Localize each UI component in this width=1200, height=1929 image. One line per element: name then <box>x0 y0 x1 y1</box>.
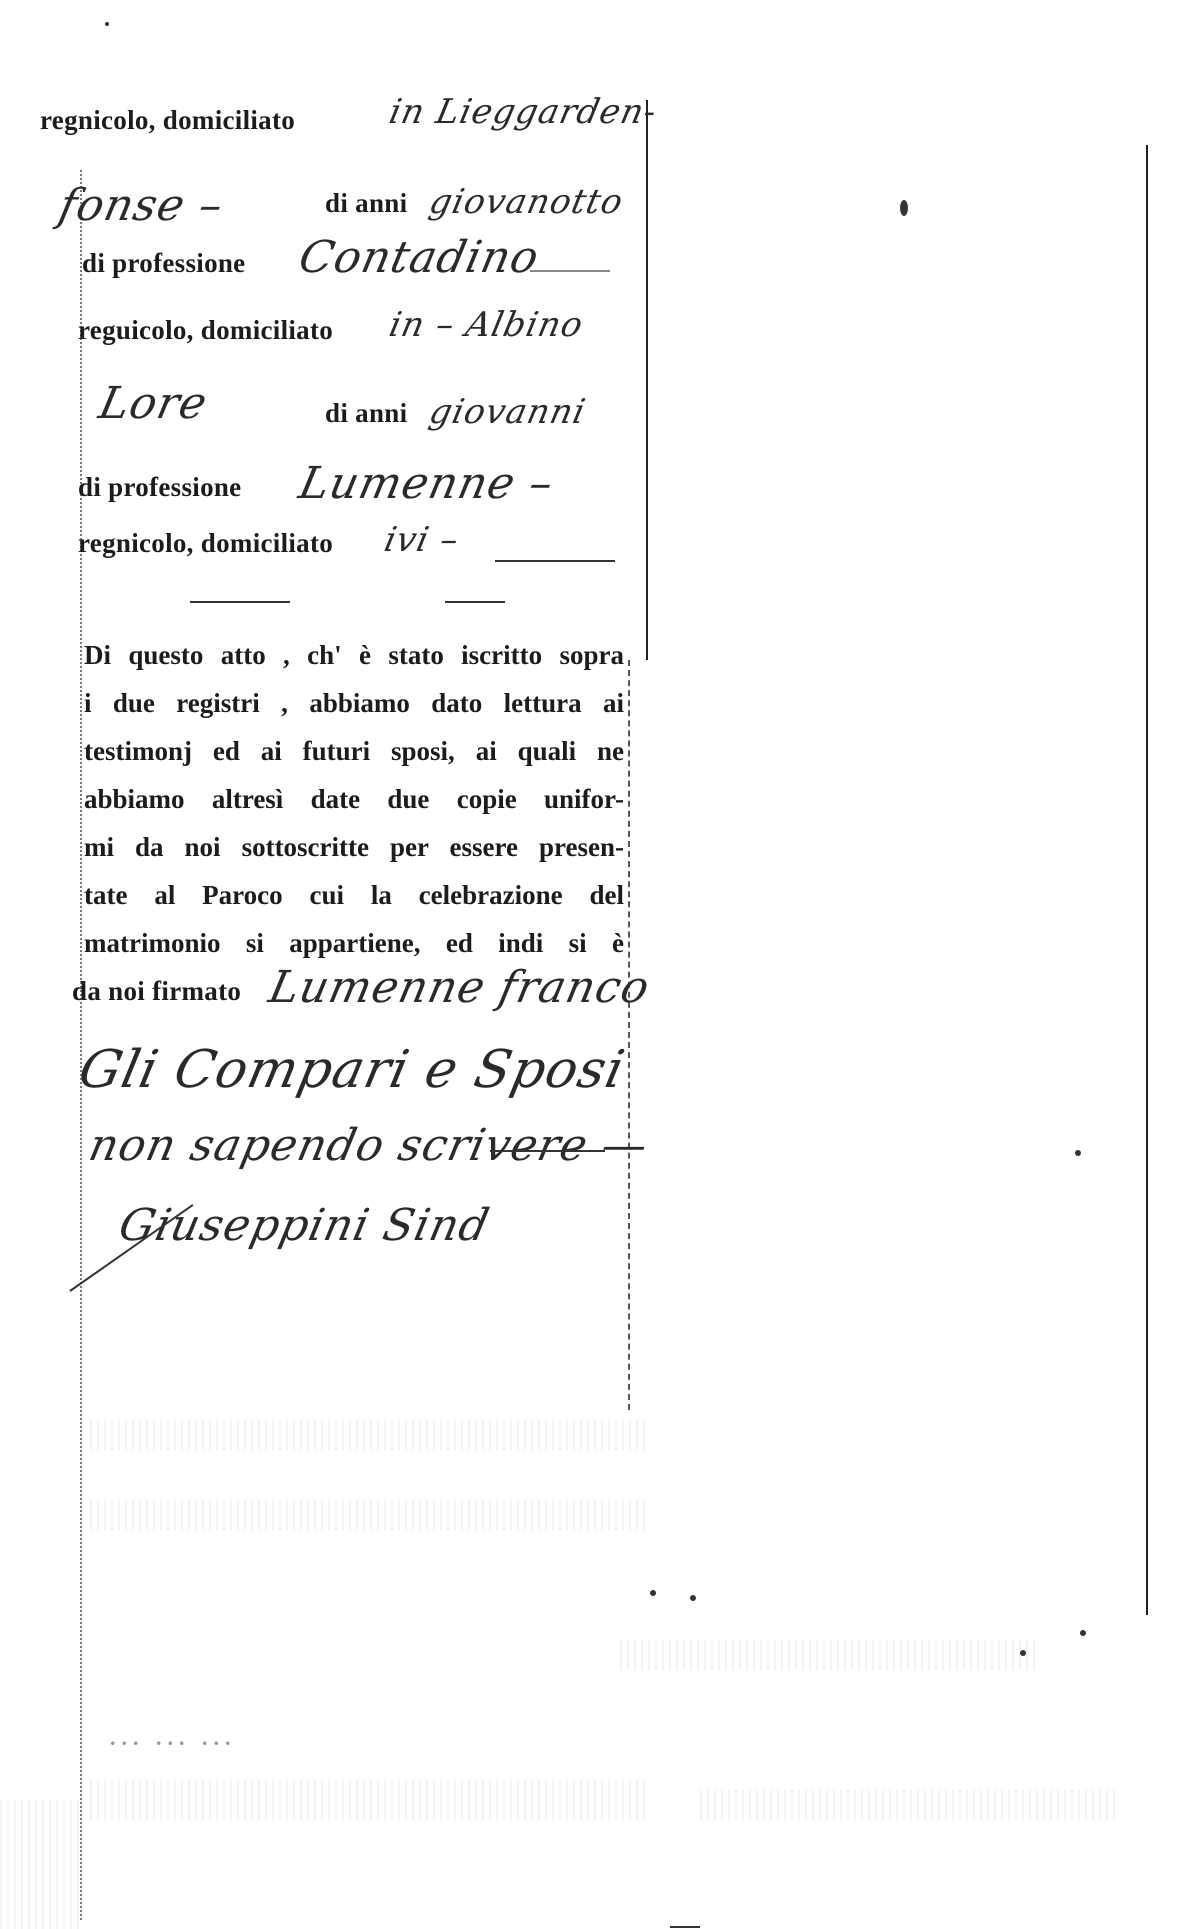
handwritten-profession-1: Contadino <box>295 232 544 283</box>
bottom-mark <box>670 1926 700 1928</box>
fill-line <box>530 270 610 272</box>
ink-speck <box>900 200 908 216</box>
ink-speck <box>105 22 109 26</box>
label-residence-2: reguicolo, domiciliato <box>78 315 333 346</box>
separator-dash-left <box>190 601 290 603</box>
handwritten-residence-1-cont: fonse – <box>55 180 229 231</box>
handwritten-residence-2: in – Albino <box>386 305 587 345</box>
paragraph-line: Di questo atto , ch' è stato iscritto so… <box>84 640 624 671</box>
label-residence-1: regnicolo, domiciliato <box>40 105 295 136</box>
ink-speck <box>1075 1150 1081 1156</box>
label-residence-3: regnicolo, domiciliato <box>78 528 333 559</box>
handwritten-residence-2-cont: Lore <box>95 378 213 429</box>
center-column-rule <box>646 100 648 660</box>
bleed-through <box>700 1790 1120 1820</box>
bleed-through <box>90 1420 650 1450</box>
signature-dash <box>490 1150 605 1152</box>
handwritten-profession-2: Lumenne – <box>295 458 559 509</box>
paragraph-line: testimonj ed ai futuri sposi, ai quali n… <box>84 736 624 767</box>
bleed-through <box>90 1500 650 1530</box>
label-profession-1: di professione <box>82 248 245 279</box>
label-age-1: di anni <box>325 188 407 219</box>
handwritten-residence-1: in Lieggarden- <box>386 92 661 132</box>
paragraph-line: tate al Paroco cui la celebrazione del <box>84 880 624 911</box>
ink-speck <box>690 1595 696 1601</box>
ink-speck <box>1020 1650 1026 1656</box>
left-margin-rule <box>80 170 82 1920</box>
paragraph-line: abbiamo altresì date due copie unifor- <box>84 784 624 815</box>
right-border-rule <box>1146 145 1148 1615</box>
signature-line-1: Lumenne franco <box>265 962 655 1013</box>
label-signed: da noi firmato <box>72 976 241 1007</box>
paragraph-line: matrimonio si appartiene, ed indi si è <box>84 928 624 959</box>
document-page: regnicolo, domiciliato in Lieggarden- fo… <box>0 0 1200 1929</box>
bleed-through <box>620 1640 1040 1670</box>
faded-text: ... ... ... <box>110 1725 237 1751</box>
label-age-2: di anni <box>325 398 407 429</box>
handwritten-age-2: giovanni <box>426 392 590 432</box>
paragraph-line: mi da noi sottoscritte per essere presen… <box>84 832 624 863</box>
ink-speck <box>1080 1630 1086 1636</box>
bleed-through <box>90 1780 650 1820</box>
paragraph-line: i due registri , abbiamo dato lettura ai <box>84 688 624 719</box>
bleed-through <box>0 1800 80 1929</box>
fill-line <box>495 560 615 562</box>
signature-line-2: Gli Compari e Sposi <box>74 1040 631 1100</box>
handwritten-residence-3: ivi – <box>381 520 463 560</box>
signature-line-3: non sapendo scrivere — <box>85 1120 653 1171</box>
signature-line-4: Giuseppini Sind <box>115 1200 495 1251</box>
center-column-rule-lower <box>628 660 630 1410</box>
label-profession-2: di professione <box>78 472 241 503</box>
separator-dash-right <box>445 601 505 603</box>
ink-speck <box>650 1590 656 1596</box>
handwritten-age-1: giovanotto <box>426 182 627 222</box>
